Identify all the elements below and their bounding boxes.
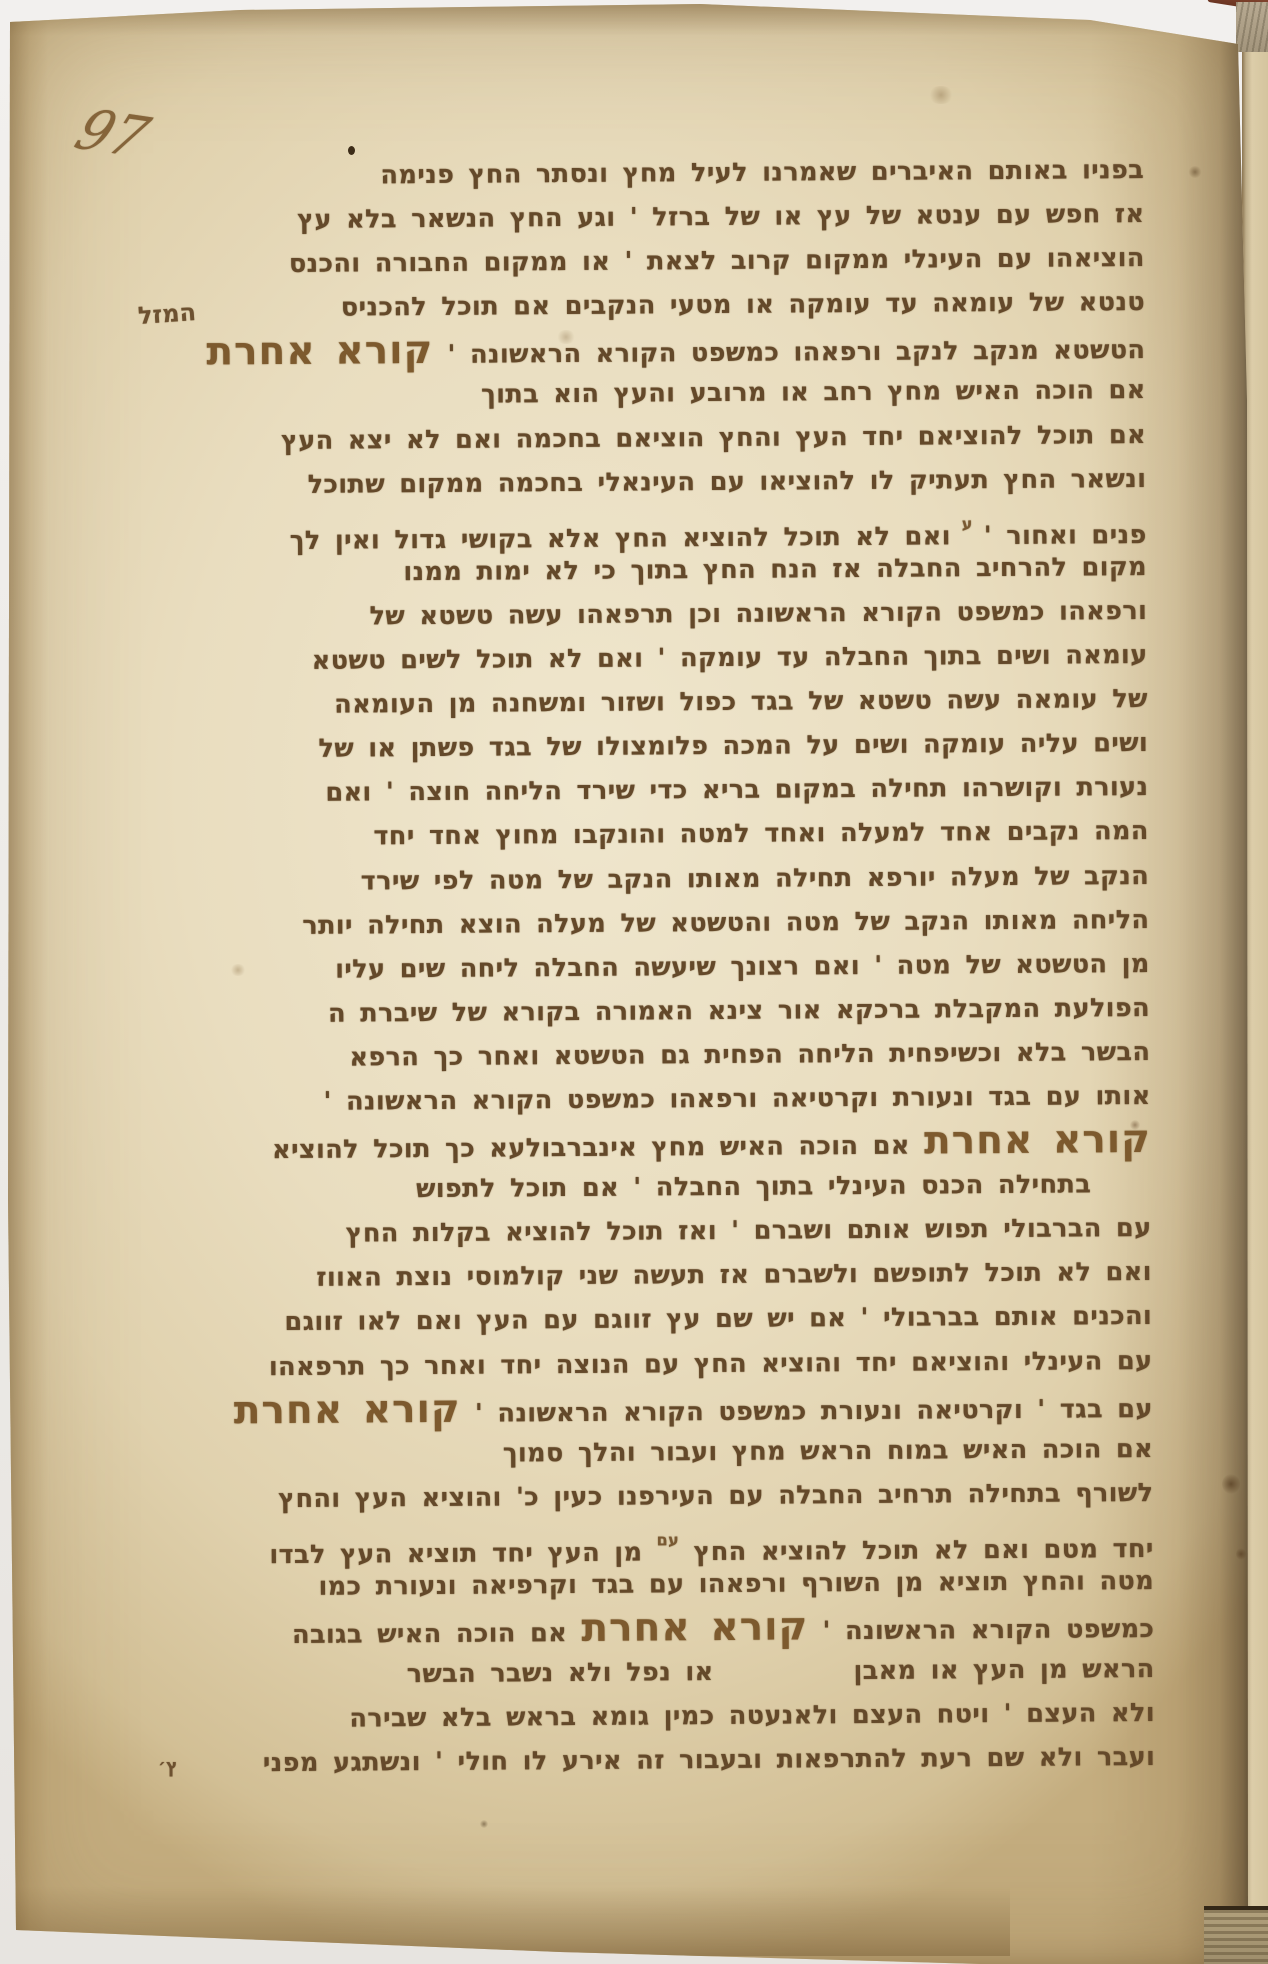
- manuscript-line: והכנים אותם בברבולי ' אם יש שם עץ זווגם …: [152, 1294, 1152, 1345]
- text-segment: והכנים אותם בברבולי ' אם יש שם עץ זווגם …: [284, 1301, 1152, 1337]
- text-segment: כמשפט הקורא הראשונה ': [808, 1614, 1154, 1646]
- manuscript-line: עם העינלי והוציאם יחד והוציא החץ עם הנוצ…: [152, 1339, 1152, 1390]
- text-segment: הליחה מאותו הנקב של מטה והטשטא של מעלה ה…: [302, 905, 1149, 941]
- text-segment: הבשר בלא וכשיפחית הליחה הפחית גם הטשטא ו…: [349, 1037, 1150, 1073]
- text-segment: בפניו באותם האיברים שאמרנו לעיל מחץ ונסת…: [380, 155, 1144, 190]
- manuscript-line: אם הוכה האיש במוח הראש מחץ ועבור והלך סמ…: [153, 1427, 1153, 1478]
- manuscript-line: טנטא של עומאה עד עומקה או מטעי הנקבים אם…: [145, 280, 1145, 331]
- margin-note: המזל: [137, 298, 197, 330]
- text-segment: הפולעת המקבלת ברכקא אור צינא האמורה בקור…: [328, 993, 1150, 1029]
- text-segment: עם הברבולי תפוש אותם ושברם ' ואז תוכל לה…: [346, 1213, 1152, 1249]
- manuscript-line: לשורף בתחילה תרחיב החבלה עם העירפנו כעין…: [153, 1471, 1153, 1522]
- text-segment: בתחילה הכנס העינלי בתוך החבלה ' אם תוכל …: [416, 1170, 1091, 1205]
- manuscript-line: פנים ואחור ' ע ואם לא תוכל להוציא החץ אל…: [146, 501, 1146, 552]
- manuscript-line: עומאה ושים בתוך החבלה עד עומקה ' ואם לא …: [147, 633, 1147, 684]
- text-segment: עומאה ושים בתוך החבלה עד עומקה ' ואם לא …: [312, 640, 1148, 676]
- text-segment: ועבר ולא שם רעת להתרפאות ובעבור זה אירע …: [263, 1742, 1156, 1778]
- line-gap: [714, 1678, 854, 1680]
- manuscript-line: עם בגד ' וקרטיאה ונעורת כמשפט הקורא הראש…: [153, 1383, 1153, 1434]
- manuscript-line: הטשטא מנקב לנקב ורפאהו כמשפט הקורא הראשו…: [145, 324, 1145, 375]
- manuscript-line: ואם לא תוכל לתופשם ולשברם אז תעשה שני קו…: [152, 1250, 1152, 1301]
- manuscript-line: נעורת וקושרהו תחילה במקום בריא כדי שירד …: [148, 765, 1148, 816]
- text-segment: לשורף בתחילה תרחיב החבלה עם העירפנו כעין…: [278, 1478, 1153, 1514]
- stain-spot: [480, 1820, 488, 1828]
- manuscript-line: בתחילה הכנס העינלי בתוך החבלה ' אם תוכל …: [151, 1162, 1151, 1213]
- text-segment: ע: [951, 514, 984, 533]
- stain-spot: [1222, 1474, 1240, 1494]
- manuscript-line: הוציאהו עם העינלי ממקום קרוב לצאת ' או מ…: [145, 236, 1145, 287]
- manuscript-line: מן הטשטא של מטה ' ואם רצונך שיעשה החבלה …: [150, 942, 1150, 993]
- page-edge-left: [8, 16, 48, 1936]
- text-segment: המה נקבים אחד למעלה ואחד למטה והונקבו מח…: [373, 816, 1149, 851]
- manuscript-line: ונשאר החץ תעתיק לו להוציאו עם העינאלי בח…: [146, 457, 1146, 508]
- manuscript-line: הבשר בלא וכשיפחית הליחה הפחית גם הטשטא ו…: [150, 1030, 1150, 1081]
- manuscript-line: ושים עליה עומקה ושים על המכה פלומצולו של…: [148, 721, 1148, 772]
- text-segment: הוציאהו עם העינלי ממקום קרוב לצאת ' או מ…: [289, 243, 1145, 279]
- text-segment: עם בגד ' וקרטיאה ונעורת כמשפט הקורא הראש…: [461, 1394, 1153, 1429]
- text-block: בפניו באותם האיברים שאמרנו לעיל מחץ ונסת…: [144, 148, 1155, 1786]
- manuscript-line: קורא אחרת אם הוכה האיש מחץ אינברבולעא כך…: [151, 1118, 1151, 1169]
- parchment-leaf: 97 בפניו באותם האיברים שאמרנו לעיל מחץ ו…: [0, 0, 1268, 1964]
- manuscript-line: הראש מן העץ או מאבןאו נפל ולא נשבר הבשר: [154, 1647, 1154, 1698]
- manuscript-line: בפניו באותם האיברים שאמרנו לעיל מחץ ונסת…: [144, 148, 1144, 199]
- stain-spot: [1188, 166, 1202, 178]
- manuscript-line: אם תוכל להוציאם יחד העץ והחץ הוציאם בחכמ…: [146, 413, 1146, 464]
- text-segment: ושים עליה עומקה ושים על המכה פלומצולו של…: [318, 728, 1148, 764]
- text-segment: אם הוכה האיש מחץ אינברבולעא כך תוכל להוצ…: [272, 1131, 924, 1166]
- manuscript-line: המה נקבים אחד למעלה ואחד למטה והונקבו מח…: [149, 809, 1149, 860]
- section-heading: קורא אחרת: [234, 1386, 461, 1433]
- section-heading: קורא אחרת: [924, 1117, 1151, 1164]
- text-segment: אם תוכל להוציאם יחד העץ והחץ הוציאם בחכמ…: [281, 420, 1146, 456]
- manuscript-photo-page: { "photo": { "backdrop_color": "#efedeb"…: [0, 0, 1268, 1964]
- text-segment: עם העינלי והוציאם יחד והוציא החץ עם הנוצ…: [269, 1346, 1153, 1382]
- text-segment: של עומאה עשה טשטא של בגד כפול ושזור ומשח…: [334, 684, 1148, 720]
- manuscript-line: אז חפש עם ענטא של עץ או של ברזל ' וגע הח…: [144, 192, 1144, 243]
- manuscript-line: יחד מטם ואם לא תוכל להוציא החץ עם מן העץ…: [154, 1515, 1154, 1566]
- text-segment: נעורת וקושרהו תחילה במקום בריא כדי שירד …: [325, 772, 1148, 808]
- section-heading: קורא אחרת: [206, 328, 433, 375]
- manuscript-line: כמשפט הקורא הראשונה ' קורא אחרת אם הוכה …: [154, 1603, 1154, 1654]
- text-segment: עם: [657, 1530, 680, 1549]
- manuscript-line: ורפאהו כמשפט הקורא הראשונה וכן תרפאהו עש…: [147, 589, 1147, 640]
- manuscript-line: ועבר ולא שם רעת להתרפאות ובעבור זה אירע …: [155, 1735, 1155, 1786]
- text-segment: אם הוכה האיש בגובה: [292, 1618, 582, 1650]
- manuscript-line: של עומאה עשה טשטא של בגד כפול ושזור ומשח…: [148, 677, 1148, 728]
- manuscript-line: ולא העצם ' ויטח העצם ולאנעטה כמין גומא ב…: [155, 1691, 1155, 1742]
- text-segment: מטה והחץ תוציא מן השורף ורפאהו עם בגד וק…: [318, 1566, 1154, 1602]
- text-segment: מקום להרחיב החבלה אז הנח החץ בתוך כי לא …: [403, 552, 1147, 587]
- stain-spot: [928, 86, 954, 104]
- stain-spot: [1236, 1548, 1246, 1560]
- text-segment: אז חפש עם ענטא של עץ או של ברזל ' וגע הח…: [297, 199, 1144, 235]
- text-segment: אם הוכה האיש במוח הראש מחץ ועבור והלך סמ…: [503, 1434, 1153, 1469]
- text-segment: מן הטשטא של מטה ' ואם רצונך שיעשה החבלה …: [335, 949, 1150, 985]
- manuscript-line: הנקב של מעלה יורפא תחילה מאותו הנקב של מ…: [149, 853, 1149, 904]
- text-segment: ואם לא תוכל לתופשם ולשברם אז תעשה שני קו…: [316, 1257, 1152, 1293]
- text-segment: ונשאר החץ תעתיק לו להוציאו עם העינאלי בח…: [308, 464, 1147, 500]
- text-segment: הנקב של מעלה יורפא תחילה מאותו הנקב של מ…: [361, 860, 1150, 896]
- text-segment: הראש מן העץ או מאבן: [853, 1654, 1154, 1686]
- binding-tailband: [1204, 1906, 1268, 1964]
- text-segment: הטשטא מנקב לנקב ורפאהו כמשפט הקורא הראשו…: [433, 335, 1145, 370]
- text-segment: טנטא של עומאה עד עומקה או מטעי הנקבים אם…: [341, 287, 1145, 323]
- text-segment: או נפל ולא נשבר הבשר: [407, 1657, 714, 1689]
- manuscript-line: הליחה מאותו הנקב של מטה והטשטא של מעלה ה…: [149, 898, 1149, 949]
- manuscript-line: הפולעת המקבלת ברכקא אור צינא האמורה בקור…: [150, 986, 1150, 1037]
- binding-headband: [1236, 2, 1268, 52]
- text-segment: ורפאהו כמשפט הקורא הראשונה וכן תרפאהו עש…: [369, 596, 1147, 631]
- section-heading: קורא אחרת: [581, 1604, 808, 1651]
- text-segment: אותו עם בגד ונעורת וקרטיאה ורפאהו כמשפט …: [323, 1081, 1150, 1117]
- margin-note: ץ׳: [158, 1756, 178, 1777]
- text-segment: אם הוכה האיש מחץ רחב או מרובע והעץ הוא ב…: [481, 375, 1146, 410]
- manuscript-line: עם הברבולי תפוש אותם ושברם ' ואז תוכל לה…: [151, 1206, 1151, 1257]
- manuscript-line: אם הוכה האיש מחץ רחב או מרובע והעץ הוא ב…: [146, 368, 1146, 419]
- text-segment: ולא העצם ' ויטח העצם ולאנעטה כמין גומא ב…: [349, 1698, 1155, 1734]
